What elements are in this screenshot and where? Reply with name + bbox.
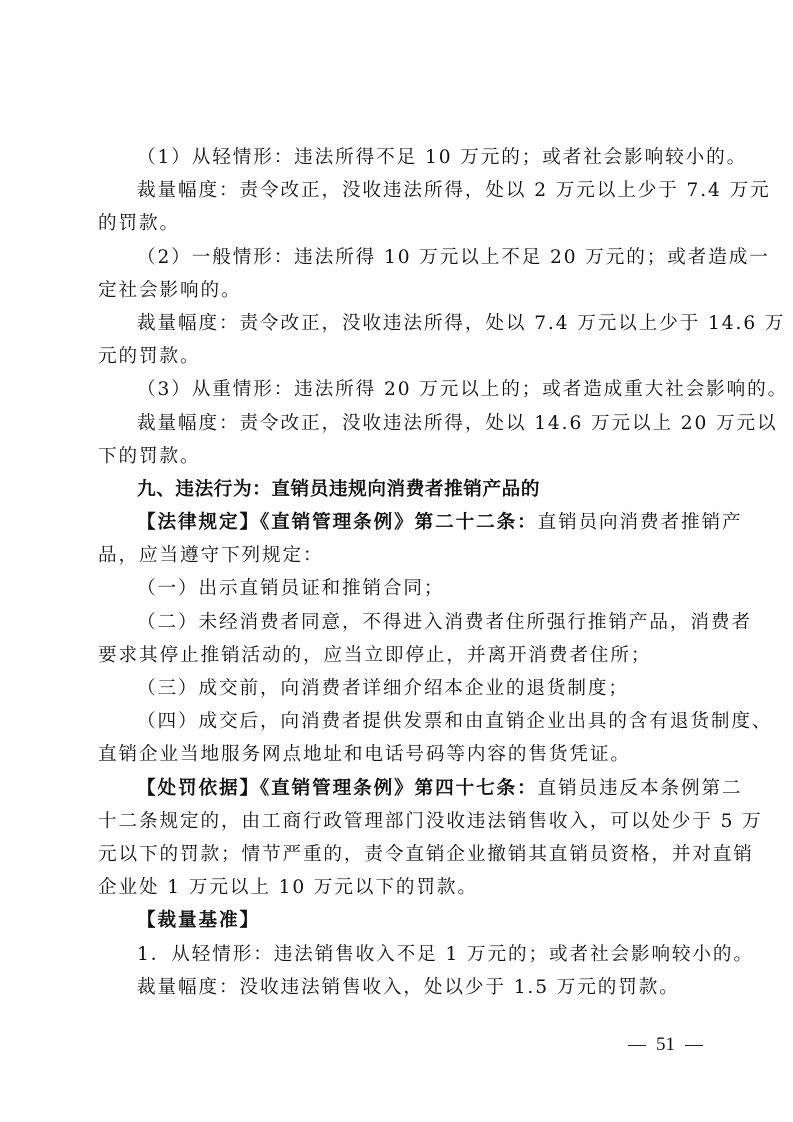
penalty-basis-text: 直销员违反本条例第二: [538, 778, 743, 799]
general-condition-line1: （2）一般情形：违法所得 10 万元以上不足 20 万元的；或者造成一: [98, 241, 696, 274]
legal-item-2-line1: （二）未经消费者同意，不得进入消费者住所强行推销产品，消费者: [98, 606, 696, 639]
legal-provision-label: 【法律规定】《直销管理条例》第二十二条：: [137, 512, 538, 533]
standard-light-range: 裁量幅度：没收违法销售收入，处以少于 1.5 万元的罚款。: [98, 971, 696, 1004]
legal-item-4-line1: （四）成交后，向消费者提供发票和由直销企业出具的含有退货制度、: [98, 705, 696, 738]
general-range-line2: 元的罚款。: [98, 340, 696, 373]
section-heading: 九、违法行为：直销员违规向消费者推销产品的: [98, 473, 696, 506]
dash-left: [628, 1045, 646, 1046]
general-range-line1: 裁量幅度：责令改正，没收违法所得，处以 7.4 万元以上少于 14.6 万: [98, 307, 696, 340]
light-range-line1: 裁量幅度：责令改正，没收违法所得，处以 2 万元以上少于 7.4 万元: [98, 174, 696, 207]
heavy-range-line2: 下的罚款。: [98, 440, 696, 473]
legal-provision-text: 直销员向消费者推销产: [538, 512, 743, 533]
penalty-basis-line3: 元以下的罚款；情节严重的，责令直销企业撤销其直销员资格，并对直销: [98, 838, 696, 871]
penalty-basis-line4: 企业处 1 万元以上 10 万元以下的罚款。: [98, 871, 696, 904]
discretion-standard-label: 【裁量基准】: [98, 904, 696, 937]
light-condition: （1）从轻情形：违法所得不足 10 万元的；或者社会影响较小的。: [98, 141, 696, 174]
legal-provision-line2: 品，应当遵守下列规定：: [98, 539, 696, 572]
document-page: （1）从轻情形：违法所得不足 10 万元的；或者社会影响较小的。 裁量幅度：责令…: [98, 141, 696, 1004]
penalty-basis-line2: 十二条规定的，由工商行政管理部门没收违法销售收入，可以处少于 5 万: [98, 805, 696, 838]
general-condition-line2: 定社会影响的。: [98, 274, 696, 307]
page-number-value: 51: [656, 1034, 675, 1055]
legal-item-3: （三）成交前，向消费者详细介绍本企业的退货制度；: [98, 672, 696, 705]
dash-right: [685, 1045, 703, 1046]
heavy-range-line1: 裁量幅度：责令改正，没收违法所得，处以 14.6 万元以上 20 万元以: [98, 407, 696, 440]
penalty-basis-label: 【处罚依据】《直销管理条例》第四十七条：: [137, 778, 538, 799]
legal-item-4-line2: 直销企业当地服务网点地址和电话号码等内容的售货凭证。: [98, 738, 696, 771]
page-number: 51: [618, 1034, 713, 1056]
legal-item-2-line2: 要求其停止推销活动的，应当立即停止，并离开消费者住所；: [98, 639, 696, 672]
heavy-condition: （3）从重情形：违法所得 20 万元以上的；或者造成重大社会影响的。: [98, 373, 696, 406]
legal-item-1: （一）出示直销员证和推销合同；: [98, 572, 696, 605]
legal-provision-line1: 【法律规定】《直销管理条例》第二十二条：直销员向消费者推销产: [98, 506, 696, 539]
penalty-basis-line1: 【处罚依据】《直销管理条例》第四十七条：直销员违反本条例第二: [98, 772, 696, 805]
standard-light-condition: 1．从轻情形：违法销售收入不足 1 万元的；或者社会影响较小的。: [98, 938, 696, 971]
light-range-line2: 的罚款。: [98, 207, 696, 240]
